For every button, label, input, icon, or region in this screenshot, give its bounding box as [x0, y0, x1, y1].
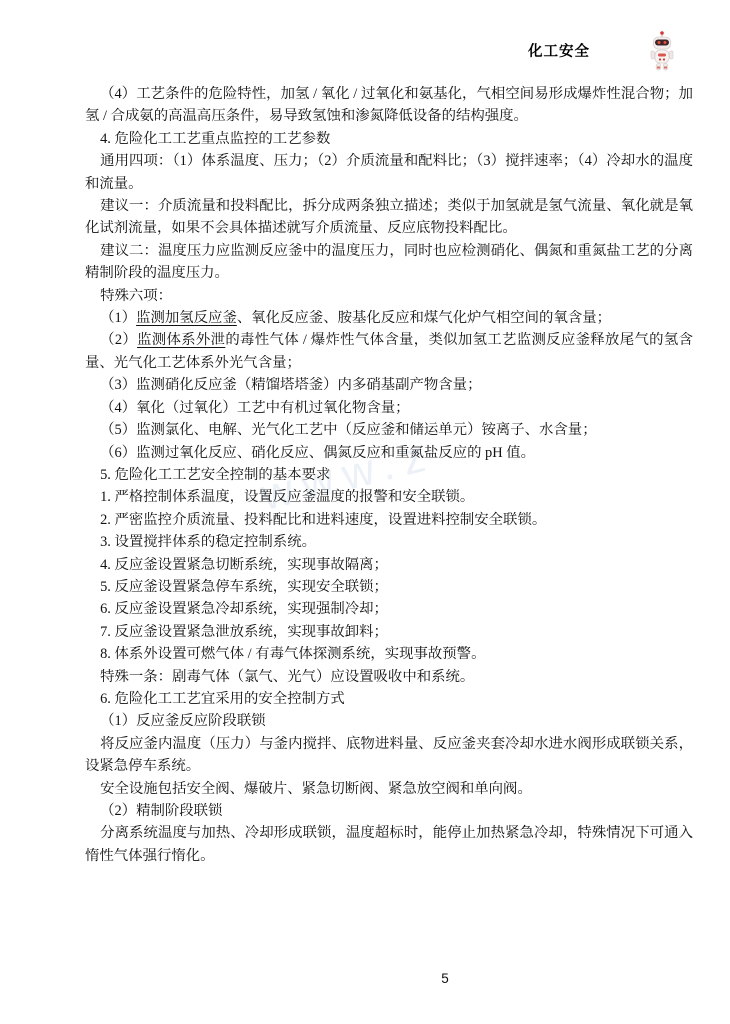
paragraph: 5. 危险化工工艺安全控制的基本要求 — [85, 464, 693, 486]
paragraph: 建议二：温度压力应监测反应釜中的温度压力，同时也应检测硝化、偶氮和重氮盐工艺的分… — [85, 240, 693, 285]
paragraph: 8. 体系外设置可燃气体 / 有毒气体探测系统，实现事故预警。 — [85, 643, 693, 665]
paragraph: （2）精制阶段联锁 — [85, 800, 693, 822]
paragraph: 通用四项：（1）体系温度、压力；（2）介质流量和配料比；（3）搅拌速率；（4）冷… — [85, 150, 693, 195]
paragraph: （2）监测体系外泄的毒性气体 / 爆炸性气体含量，类似加氢工艺监测反应釜释放尾气… — [85, 329, 693, 374]
paragraph: （3）监测硝化反应釜（精馏塔塔釜）内多硝基副产物含量； — [85, 374, 693, 396]
paragraph: 分离系统温度与加热、冷却形成联锁，温度超标时，能停止加热紧急冷却，特殊情况下可通… — [85, 822, 693, 867]
paragraph: 6. 反应釜设置紧急冷却系统，实现强制冷却； — [85, 598, 693, 620]
page-title: 化工安全 — [528, 40, 590, 61]
paragraph: 4. 危险化工工艺重点监控的工艺参数 — [85, 128, 693, 150]
underlined-text: 监测加氢反应釜 — [136, 310, 237, 326]
robot-mascot-icon — [650, 30, 674, 72]
paragraph: 将反应釜内温度（压力）与釜内搅拌、底物进料量、反应釜夹套冷却水进水阀形成联锁关系… — [85, 733, 693, 778]
paragraph: 1. 严格控制体系温度，设置反应釜温度的报警和安全联锁。 — [85, 486, 693, 508]
document-body: （4）工艺条件的危险特性，加氢 / 氧化 / 过氧化和氨基化，气相空间易形成爆炸… — [85, 83, 693, 867]
underlined-text: 监测体系外泄 — [137, 332, 225, 348]
paragraph: （4）工艺条件的危险特性，加氢 / 氧化 / 过氧化和氨基化，气相空间易形成爆炸… — [85, 83, 693, 128]
paragraph: （4）氧化（过氧化）工艺中有机过氧化物含量； — [85, 397, 693, 419]
paragraph: （6）监测过氧化反应、硝化反应、偶氮反应和重氮盐反应的 pH 值。 — [85, 442, 693, 464]
paragraph: （1）监测加氢反应釜、氧化反应釜、胺基化反应和煤气化炉气相空间的氧含量； — [85, 307, 693, 329]
paragraph: （1）反应釜反应阶段联锁 — [85, 710, 693, 732]
paragraph: 建议一：介质流量和投料配比，拆分成两条独立描述；类似于加氢就是氢气流量、氧化就是… — [85, 195, 693, 240]
page-number: 5 — [441, 971, 449, 986]
paragraph: 3. 设置搅拌体系的稳定控制系统。 — [85, 531, 693, 553]
paragraph: 4. 反应釜设置紧急切断系统，实现事故隔离； — [85, 554, 693, 576]
paragraph: 7. 反应釜设置紧急泄放系统，实现事故卸料； — [85, 621, 693, 643]
paragraph: 安全设施包括安全阀、爆破片、紧急切断阀、紧急放空阀和单向阀。 — [85, 778, 693, 800]
page-header: 化工安全 — [0, 38, 730, 78]
paragraph: 5. 反应釜设置紧急停车系统，实现安全联锁； — [85, 576, 693, 598]
paragraph: 6. 危险化工工艺宜采用的安全控制方式 — [85, 688, 693, 710]
paragraph: 2. 严密监控介质流量、投料配比和进料速度，设置进料控制安全联锁。 — [85, 509, 693, 531]
paragraph: 特殊一条：剧毒气体（氯气、光气）应设置吸收中和系统。 — [85, 666, 693, 688]
paragraph: 特殊六项： — [85, 285, 693, 307]
paragraph: （5）监测氯化、电解、光气化工艺中（反应釜和储运单元）铵离子、水含量； — [85, 419, 693, 441]
page-footer: 5 — [0, 970, 730, 988]
